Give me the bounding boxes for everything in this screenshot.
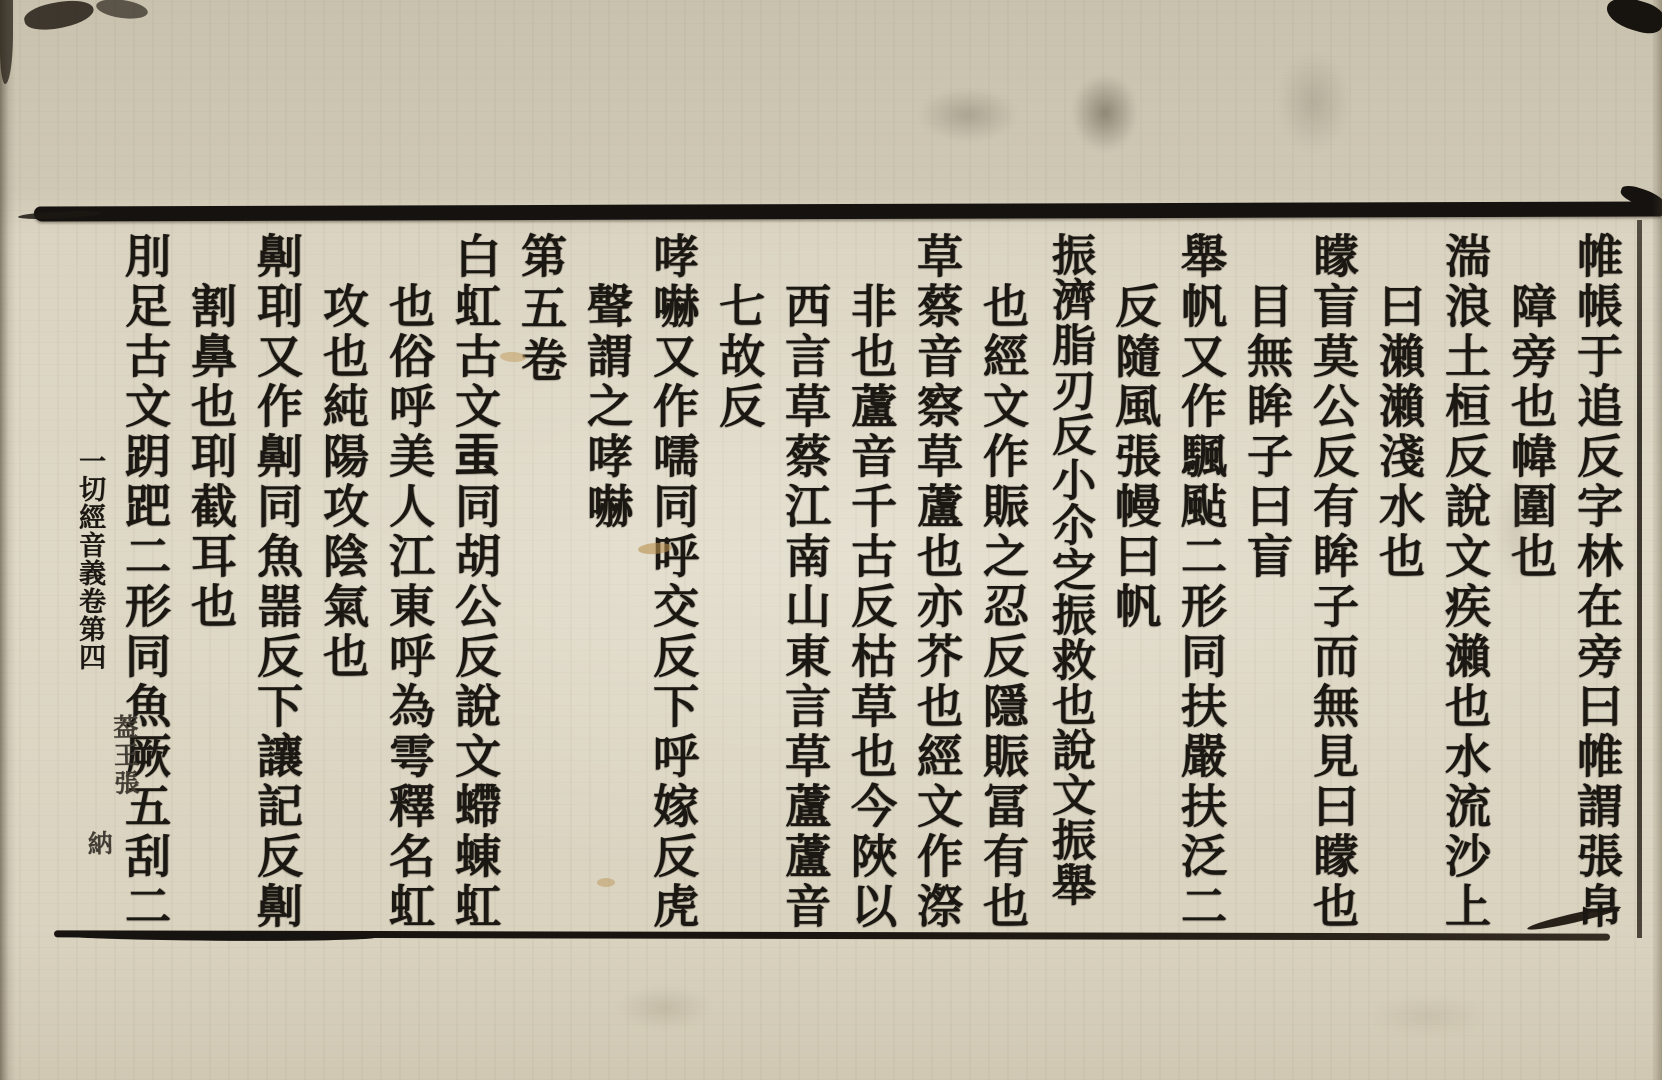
page-edge-right — [1652, 0, 1662, 1080]
text-column: 舉帆又作颿颭二形同扶嚴扶泛二 — [1168, 232, 1234, 934]
right-frame-line — [1637, 220, 1642, 938]
text-column: 障旁也幃圍也 — [1498, 232, 1564, 934]
text-column: 非也蘆音千古反枯草也今陜以 — [838, 232, 904, 934]
stain — [616, 986, 712, 1030]
top-border-rule — [34, 201, 1662, 221]
stain — [1072, 74, 1138, 152]
text-column: 也經文作賑之忍反隱賑冨有也 — [970, 232, 1036, 934]
text-column: 矇盲莫公反有眸子而無見曰矇也 — [1300, 232, 1366, 934]
text-block: 帷帳于追反字林在旁曰帷謂張帛障旁也幃圍也湍浪土桓反說文疾瀨也水流沙上曰瀨瀨淺水也… — [58, 232, 1630, 934]
text-column: 哮嚇又作嚅同呼交反下呼嫁反虎 — [640, 232, 706, 934]
stain — [918, 88, 1018, 142]
text-column: 草蔡音察草蘆也亦芥也經文作漈 — [904, 232, 970, 934]
text-column: 目無眸子曰盲 — [1234, 232, 1300, 934]
text-column: 劓刵又作劓同魚噐反下讓記反劓 — [244, 232, 310, 934]
text-column: 聲謂之哮嚇 — [574, 232, 640, 934]
marginalia-line: 納 — [82, 714, 111, 859]
ink-smear-top-left — [22, 0, 96, 35]
text-column: 割鼻也刵截耳也 — [178, 232, 244, 934]
marginalia-line: 葢王張 — [108, 713, 141, 858]
manuscript-page: 帷帳于追反字林在旁曰帷謂張帛障旁也幃圍也湍浪土桓反說文疾瀨也水流沙上曰瀨瀨淺水也… — [0, 0, 1662, 1080]
text-column: 湍浪土桓反說文疾瀨也水流沙上 — [1432, 232, 1498, 934]
text-column: 曰瀨瀨淺水也 — [1366, 232, 1432, 934]
text-column: 攻也純陽攻陰氣也 — [310, 232, 376, 934]
stain — [1368, 996, 1488, 1036]
section-heading-column: 第五卷 — [508, 232, 574, 934]
page-edge-left — [0, 0, 16, 1080]
stain — [1278, 52, 1350, 152]
text-column: 七故反 — [706, 232, 772, 934]
text-column: 西言草蔡江南山東言草蘆蘆音 — [772, 232, 838, 934]
marginalia-note: 葢王張 納 — [82, 713, 141, 858]
text-column: 反隨風張幔曰帆 — [1102, 232, 1168, 934]
text-column: 也俗呼美人江東呼為雩釋名虹 — [376, 232, 442, 934]
text-column: 帷帳于追反字林在旁曰帷謂張帛 — [1564, 232, 1630, 934]
ink-smear-top-left — [95, 0, 149, 22]
text-column: 振濟脂刃反小尒㝎振救也說文振舉 — [1036, 232, 1102, 934]
text-column: 白虹古文𧈫同胡公反說文螮蝀虹 — [442, 232, 508, 934]
